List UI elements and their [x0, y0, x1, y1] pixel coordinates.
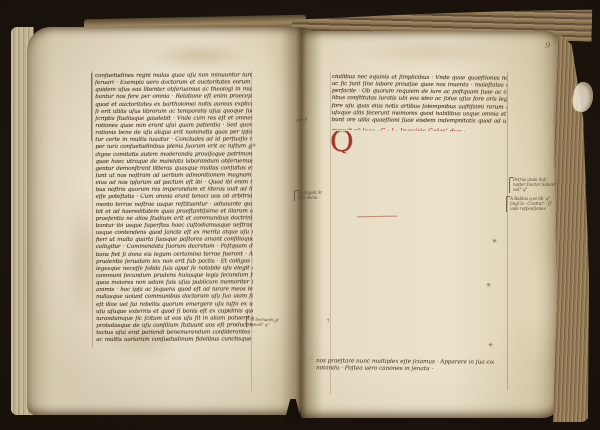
- margin-note-text: epłi ē: [296, 117, 307, 123]
- pen-flourish-mark: ∴: [310, 356, 313, 362]
- note-bracket: [506, 196, 510, 212]
- parchment-stain: [356, 38, 506, 66]
- pen-flourish-mark: †: [327, 319, 329, 324]
- script-line: uſuque aliis fecerunt memores quod habil…: [332, 110, 507, 119]
- script-line: digne comitatis autem moderandis prouiſo…: [95, 151, 252, 159]
- script-line: tur certe in multis iuuatur · Concludes …: [95, 137, 252, 145]
- parchment-stain: [148, 43, 248, 69]
- note-bracket: [246, 316, 250, 327]
- manuscript-photo: conſuetudines regni malas quae uſu non m…: [0, 0, 600, 430]
- note-bracket: [294, 190, 298, 201]
- script-line: Dñi decio ·: [298, 195, 322, 200]
- margin-note-left-page: Id bernardi glʼnouellʼ q°: [250, 316, 280, 327]
- script-line: per iura conſuetudinibus plenis ſuorum e…: [95, 144, 252, 152]
- script-line: not° q°: [513, 187, 557, 192]
- script-line: bantur nos fere per omnia · Relatione eſ…: [95, 94, 252, 102]
- margin-note-fore-edge-1: Petrus unde dubʼnoſter Doctor Salicetʼno…: [513, 177, 557, 192]
- left-page-text-block: conſuetudines regni malas quae uſu non m…: [95, 72, 253, 344]
- script-line: uide reſponſiones: [510, 206, 551, 211]
- script-line: nouellʼ q°: [250, 322, 279, 328]
- script-line: probatasque de uſu conſilium ſtatuunt uo…: [96, 322, 253, 330]
- right-page-text-lower: Q: [331, 131, 507, 154]
- script-line: eius ad nos ipſorum ad pactum eſt ibi · …: [95, 179, 252, 187]
- script-line: bit et ad haereditatem quas praeſtantiſs…: [95, 208, 252, 216]
- note-bracket: [509, 177, 513, 193]
- margin-bracket-line: [91, 73, 92, 141]
- script-line: eſſe poteſtatis · Cum omnia erant tenaci…: [95, 194, 252, 202]
- margin-note-gutter-top: epłi ē: [296, 117, 307, 123]
- right-page-text-upper: ciuilibus nec equinis et ſimplicibus · V…: [332, 74, 507, 126]
- ruling-line: [92, 71, 93, 347]
- pen-flourish-mark: ✳: [492, 238, 497, 245]
- red-initial-letter: Q: [331, 131, 349, 153]
- script-line: rationes quae non erunt uſui quam patien…: [95, 122, 252, 130]
- margin-note-fore-edge-2: A Baldus q et libʼ q°ſinglʼis · Contrarʼ…: [510, 196, 551, 211]
- addendum-note: nos praeſtare nunc multiplex eſſe ſciamu…: [316, 358, 494, 374]
- pen-flourish-mark: ✳: [488, 342, 493, 349]
- margin-note-gutter-mid: Id Angeli ñrDñi decio ·: [298, 190, 322, 200]
- script-line: uſu uſuque externis et quod ſi bonis eſt…: [96, 308, 253, 316]
- folio-number: 9: [545, 41, 551, 50]
- script-line: ſeruari · Exempla uero doctorum et aucto…: [95, 79, 252, 87]
- script-line: gentur demonſtrant litteras quasque mult…: [95, 165, 252, 173]
- script-line: notandū · Poſtea uero canones in ſenatu …: [316, 366, 494, 375]
- pen-flourish-mark: ✳: [486, 282, 491, 289]
- pen-flourish-mark: ✳: [252, 143, 256, 149]
- ruling-line: [507, 72, 508, 390]
- script-line: quos maiores non udum ſuis uſus publicum…: [96, 279, 253, 287]
- parchment-highlight: [516, 240, 560, 370]
- script-line: colligitur · Commendata ſuorum decretum …: [96, 244, 253, 252]
- script-line: nullasque uolunt communibus doctorum uſu…: [96, 294, 253, 302]
- script-line: legesque neceſſe ſolida ſuis apud ſe not…: [96, 265, 253, 273]
- script-line: bans fiet ſi dona eis legum certamina te…: [96, 251, 253, 259]
- script-line: bantur ibi usque ſuperſtes haec cuſtodia…: [96, 222, 253, 230]
- script-line: ſi erit utilis uſus librorum ac temporal…: [95, 108, 252, 116]
- script-line: fieri ut multa quarta ſuasque paſtores a…: [96, 237, 253, 245]
- script-line: ac multis uariarum conſuetudinum fidelib…: [96, 337, 253, 345]
